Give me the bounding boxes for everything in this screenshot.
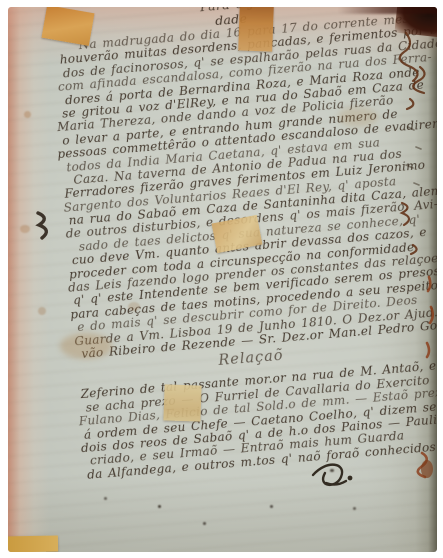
foxing-spot (20, 225, 30, 233)
ink-speck (330, 469, 334, 472)
binding-shadow-top-edge (338, 7, 437, 14)
ink-flourish (313, 465, 346, 485)
ink-speck (104, 497, 107, 500)
tape-top-center (238, 7, 274, 52)
tape-left-middle (163, 384, 201, 421)
screenshot-stage: Para o Juiz do Crime do Bairro dade Na m… (0, 0, 443, 558)
ink-speck (158, 505, 161, 508)
manuscript-photo: Para o Juiz do Crime do Bairro dade Na m… (8, 7, 437, 552)
tape-bottom-left (8, 536, 58, 552)
ink-speck (353, 507, 356, 510)
foxing-spot (24, 111, 31, 118)
ink-speck (203, 522, 206, 525)
foxing-spot (38, 307, 46, 315)
ink-speck (270, 505, 273, 508)
